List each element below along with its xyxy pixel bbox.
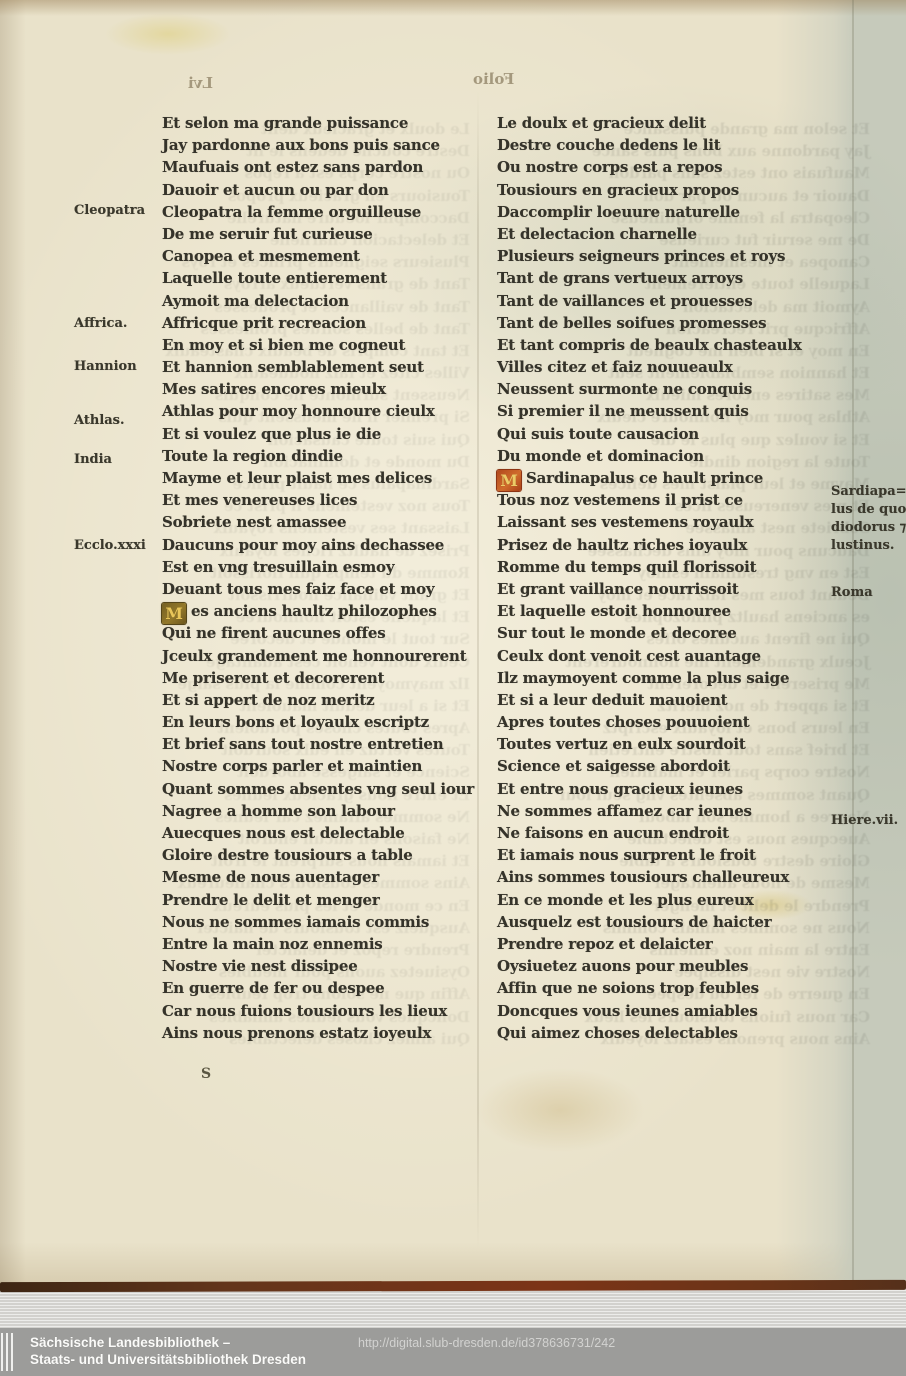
verse-line: Toute la region dindie bbox=[162, 445, 474, 467]
verse-line: Et entre nous gracieux ieunes bbox=[497, 778, 802, 800]
verse-line: Daccomplir loeuure naturelle bbox=[497, 201, 802, 223]
verse-line: Auecques nous est delectable bbox=[162, 822, 474, 844]
verse-line: Tousiours en gracieux propos bbox=[497, 179, 802, 201]
verse-line: Science et saigesse abordoit bbox=[497, 755, 802, 777]
verse-line: Et grant vaillance nourrissoit bbox=[497, 578, 802, 600]
verse-line: Ilz maymoyent comme la plus saige bbox=[497, 667, 802, 689]
right-text-column: Le doulx et gracieux delitDestre couche … bbox=[497, 112, 802, 1044]
verse-line: Et brief sans tout nostre entretien bbox=[162, 733, 474, 755]
margin-note: Sardiapa= bbox=[831, 484, 906, 499]
verse-line: Me priserent et decorerent bbox=[162, 667, 474, 689]
verse-line: MSardinapalus ce hault prince bbox=[497, 467, 802, 489]
verse-line: Et iamais nous surprent le froit bbox=[497, 844, 802, 866]
verse-line: Nostre vie nest dissipee bbox=[162, 955, 474, 977]
left-text-column: Et selon ma grande puissanceJay pardonne… bbox=[162, 112, 474, 1044]
verse-line: Neussent surmonte ne conquis bbox=[497, 378, 802, 400]
library-footer-bar: Sächsische Landesbibliothek – Staats- un… bbox=[0, 1328, 906, 1376]
verse-line: Et tant compris de beaulx chasteaulx bbox=[497, 334, 802, 356]
verse-line: Destre couche dedens le lit bbox=[497, 134, 802, 156]
verse-line: Mes satires encores mieulx bbox=[162, 378, 474, 400]
verse-line: Maufuais ont estez sans pardon bbox=[162, 156, 474, 178]
verse-line: Tant de grans vertueux arroys bbox=[497, 267, 802, 289]
fore-edge-line bbox=[852, 0, 854, 1288]
verse-line: Du monde et dominacion bbox=[497, 445, 802, 467]
verse-line: En moy et si bien me cogneut bbox=[162, 334, 474, 356]
verse-line: Affricque prit recreacion bbox=[162, 312, 474, 334]
verse-line: Qui suis toute causacion bbox=[497, 423, 802, 445]
quire-signature-mark: S bbox=[201, 1066, 211, 1082]
verse-line: Jay pardonne aux bons puis sance bbox=[162, 134, 474, 156]
margin-note: Cleopatra bbox=[74, 203, 145, 218]
verse-line: Ains sommes tousiours challeureux bbox=[497, 866, 802, 888]
parchment-page: Lvi Folio Et selon ma grande puissanceJa… bbox=[0, 0, 906, 1288]
verse-line: Nous ne sommes iamais commis bbox=[162, 911, 474, 933]
verse-line: Cleopatra la femme orguilleuse bbox=[162, 201, 474, 223]
margin-note: Hiere.vii. bbox=[831, 813, 898, 828]
mirrored-folio-label: Folio bbox=[473, 70, 514, 88]
verse-line: Quant sommes absentes vng seul iour bbox=[162, 778, 474, 800]
margin-note: Roma bbox=[831, 585, 873, 600]
verse-line: Et delectacion charnelle bbox=[497, 223, 802, 245]
verse-line: Mesme de nous auentager bbox=[162, 866, 474, 888]
verse-line: Si premier il ne meussent quis bbox=[497, 400, 802, 422]
slub-stripes-logo-icon bbox=[1, 1333, 15, 1371]
margin-note: Athlas. bbox=[74, 413, 125, 428]
library-name-line2: Staats- und Universitätsbibliothek Dresd… bbox=[30, 1351, 306, 1368]
verse-line: En ce monde et les plus eureux bbox=[497, 889, 802, 911]
verse-line: Aymoit ma delectacion bbox=[162, 290, 474, 312]
verse-line: Mayme et leur plaist mes delices bbox=[162, 467, 474, 489]
verse-line: Mes anciens haultz philozophes bbox=[162, 600, 474, 622]
verse-line: Ausquelz est tousiours de haicter bbox=[497, 911, 802, 933]
verse-line: Apres toutes choses pouuoient bbox=[497, 711, 802, 733]
illuminated-initial: M bbox=[162, 603, 186, 624]
verse-line: Et hannion semblablement seut bbox=[162, 356, 474, 378]
verse-line: Et mes venereuses lices bbox=[162, 489, 474, 511]
verse-line: Canopea et mesmement bbox=[162, 245, 474, 267]
margin-note: diodorus ⁊ bbox=[831, 520, 906, 535]
verse-line: Le doulx et gracieux delit bbox=[497, 112, 802, 134]
verse-line: Deuant tous mes faiz face et moy bbox=[162, 578, 474, 600]
verse-line: Et selon ma grande puissance bbox=[162, 112, 474, 134]
verse-line: Et si a leur deduit mauoient bbox=[497, 689, 802, 711]
verse-line: Et si appert de noz meritz bbox=[162, 689, 474, 711]
verse-line: Tant de belles soifues promesses bbox=[497, 312, 802, 334]
margin-note: Ecclo.xxxi bbox=[74, 538, 146, 553]
library-name-line1: Sächsische Landesbibliothek – bbox=[30, 1334, 306, 1351]
verse-line: Laquelle toute entierement bbox=[162, 267, 474, 289]
verse-line: Qui ne firent aucunes offes bbox=[162, 622, 474, 644]
verse-line: Ains nous prenons estatz ioyeulx bbox=[162, 1022, 474, 1044]
verse-line: En guerre de fer ou despee bbox=[162, 977, 474, 999]
margin-note: lus de quo bbox=[831, 502, 906, 517]
verse-line: Toutes vertuz en eulx sourdoit bbox=[497, 733, 802, 755]
verse-line: Qui aimez choses delectables bbox=[497, 1022, 802, 1044]
verse-line: Ou nostre corps est a repos bbox=[497, 156, 802, 178]
verse-line: Dauoir et aucun ou par don bbox=[162, 179, 474, 201]
verse-line: Tous noz vestemens il prist ce bbox=[497, 489, 802, 511]
mirrored-page-number: Lvi bbox=[188, 74, 213, 92]
digitized-manuscript-scan: Lvi Folio Et selon ma grande puissanceJa… bbox=[0, 0, 906, 1376]
column-crease-line bbox=[477, 90, 479, 1250]
margin-note: lustinus. bbox=[831, 538, 894, 553]
verse-line: Sur tout le monde et decoree bbox=[497, 622, 802, 644]
verse-line: Prendre le delit et menger bbox=[162, 889, 474, 911]
verse-line: Oysiuetez auons pour meubles bbox=[497, 955, 802, 977]
verse-line: Prendre repoz et delaicter bbox=[497, 933, 802, 955]
verse-line: Athlas pour moy honnoure cieulx bbox=[162, 400, 474, 422]
verse-line: Villes citez et faiz nouueaulx bbox=[497, 356, 802, 378]
verse-line: Affin que ne soions trop feubles bbox=[497, 977, 802, 999]
verse-line: Prisez de haultz riches ioyaulx bbox=[497, 534, 802, 556]
verse-line: Romme du temps quil florissoit bbox=[497, 556, 802, 578]
verse-line: Daucuns pour moy ains dechassee bbox=[162, 534, 474, 556]
verse-line: Et si voulez que plus ie die bbox=[162, 423, 474, 445]
verse-line: Entre la main noz ennemis bbox=[162, 933, 474, 955]
verse-line: Ne faisons en aucun endroit bbox=[497, 822, 802, 844]
verse-line: Plusieurs seigneurs princes et roys bbox=[497, 245, 802, 267]
verse-line: De me seruir fut curieuse bbox=[162, 223, 474, 245]
verse-line: En leurs bons et loyaulx escriptz bbox=[162, 711, 474, 733]
margin-note: Affrica. bbox=[74, 316, 127, 331]
verse-line: Est en vng tresuillain esmoy bbox=[162, 556, 474, 578]
verse-line: Ne sommes affamez car ieunes bbox=[497, 800, 802, 822]
verse-line: Nostre corps parler et maintien bbox=[162, 755, 474, 777]
verse-line: Sobriete nest amassee bbox=[162, 511, 474, 533]
margin-note: India bbox=[74, 452, 112, 467]
verse-line: Gloire destre tousiours a table bbox=[162, 844, 474, 866]
verse-line: Tant de vaillances et prouesses bbox=[497, 290, 802, 312]
verse-line: Jceulx grandement me honnourerent bbox=[162, 645, 474, 667]
digital-object-url: http://digital.slub-dresden.de/id3786367… bbox=[358, 1336, 615, 1350]
verse-line: Ceulx dont venoit cest auantage bbox=[497, 645, 802, 667]
verse-line: Nagree a homme son labour bbox=[162, 800, 474, 822]
library-name: Sächsische Landesbibliothek – Staats- un… bbox=[30, 1334, 306, 1368]
verse-line: Car nous fuions tousiours les lieux bbox=[162, 1000, 474, 1022]
verse-line: Et laquelle estoit honnouree bbox=[497, 600, 802, 622]
illuminated-initial: M bbox=[497, 470, 521, 491]
verse-line: Laissant ses vestemens royaulx bbox=[497, 511, 802, 533]
verse-line: Doncques vous ieunes amiables bbox=[497, 1000, 802, 1022]
margin-note: Hannion bbox=[74, 359, 137, 374]
